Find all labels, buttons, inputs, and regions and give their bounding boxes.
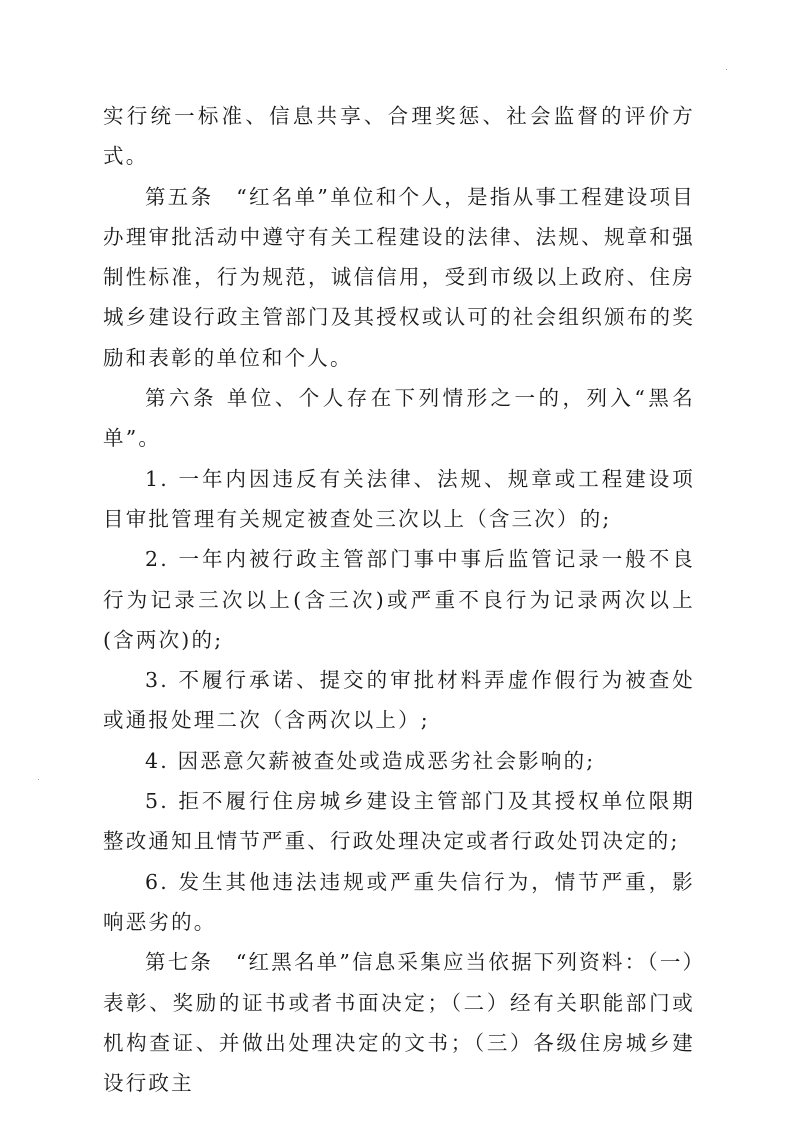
list-item-1: 1. 一年内因违反有关法律、法规、规章或工程建设项目审批管理有关规定被查处三次以…: [103, 459, 695, 540]
paragraph-article-6-black-list: 第六条 单位、个人存在下列情形之一的，列入“黑名单”。: [103, 378, 695, 459]
paragraph-evaluation-method: 实行统一标准、信息共享、合理奖惩、社会监督的评价方式。: [103, 96, 695, 177]
scan-speck: [38, 779, 39, 780]
list-item-2: 2. 一年内被行政主管部门事中事后监管记录一般不良行为记录三次以上(含三次)或严…: [103, 539, 695, 660]
list-item-3: 3. 不履行承诺、提交的审批材料弄虚作假行为被查处或通报处理二次（含两次以上）;: [103, 660, 695, 741]
paragraph-article-7-info-collection: 第七条 “红黑名单”信息采集应当依据下列资料：（一）表彰、奖励的证书或者书面决定…: [103, 942, 695, 1103]
paragraph-article-5-red-list: 第五条 “红名单”单位和个人，是指从事工程建设项目办理审批活动中遵守有关工程建设…: [103, 177, 695, 378]
document-page: 实行统一标准、信息共享、合理奖惩、社会监督的评价方式。 第五条 “红名单”单位和…: [103, 96, 695, 1103]
list-item-5: 5. 拒不履行住房城乡建设主管部门及其授权单位限期整改通知且情节严重、行政处理决…: [103, 781, 695, 862]
list-item-4: 4. 因恶意欠薪被查处或造成恶劣社会影响的;: [103, 741, 695, 781]
scan-speck: [726, 69, 727, 70]
list-item-6: 6. 发生其他违法违规或严重失信行为，情节严重，影响恶劣的。: [103, 862, 695, 943]
